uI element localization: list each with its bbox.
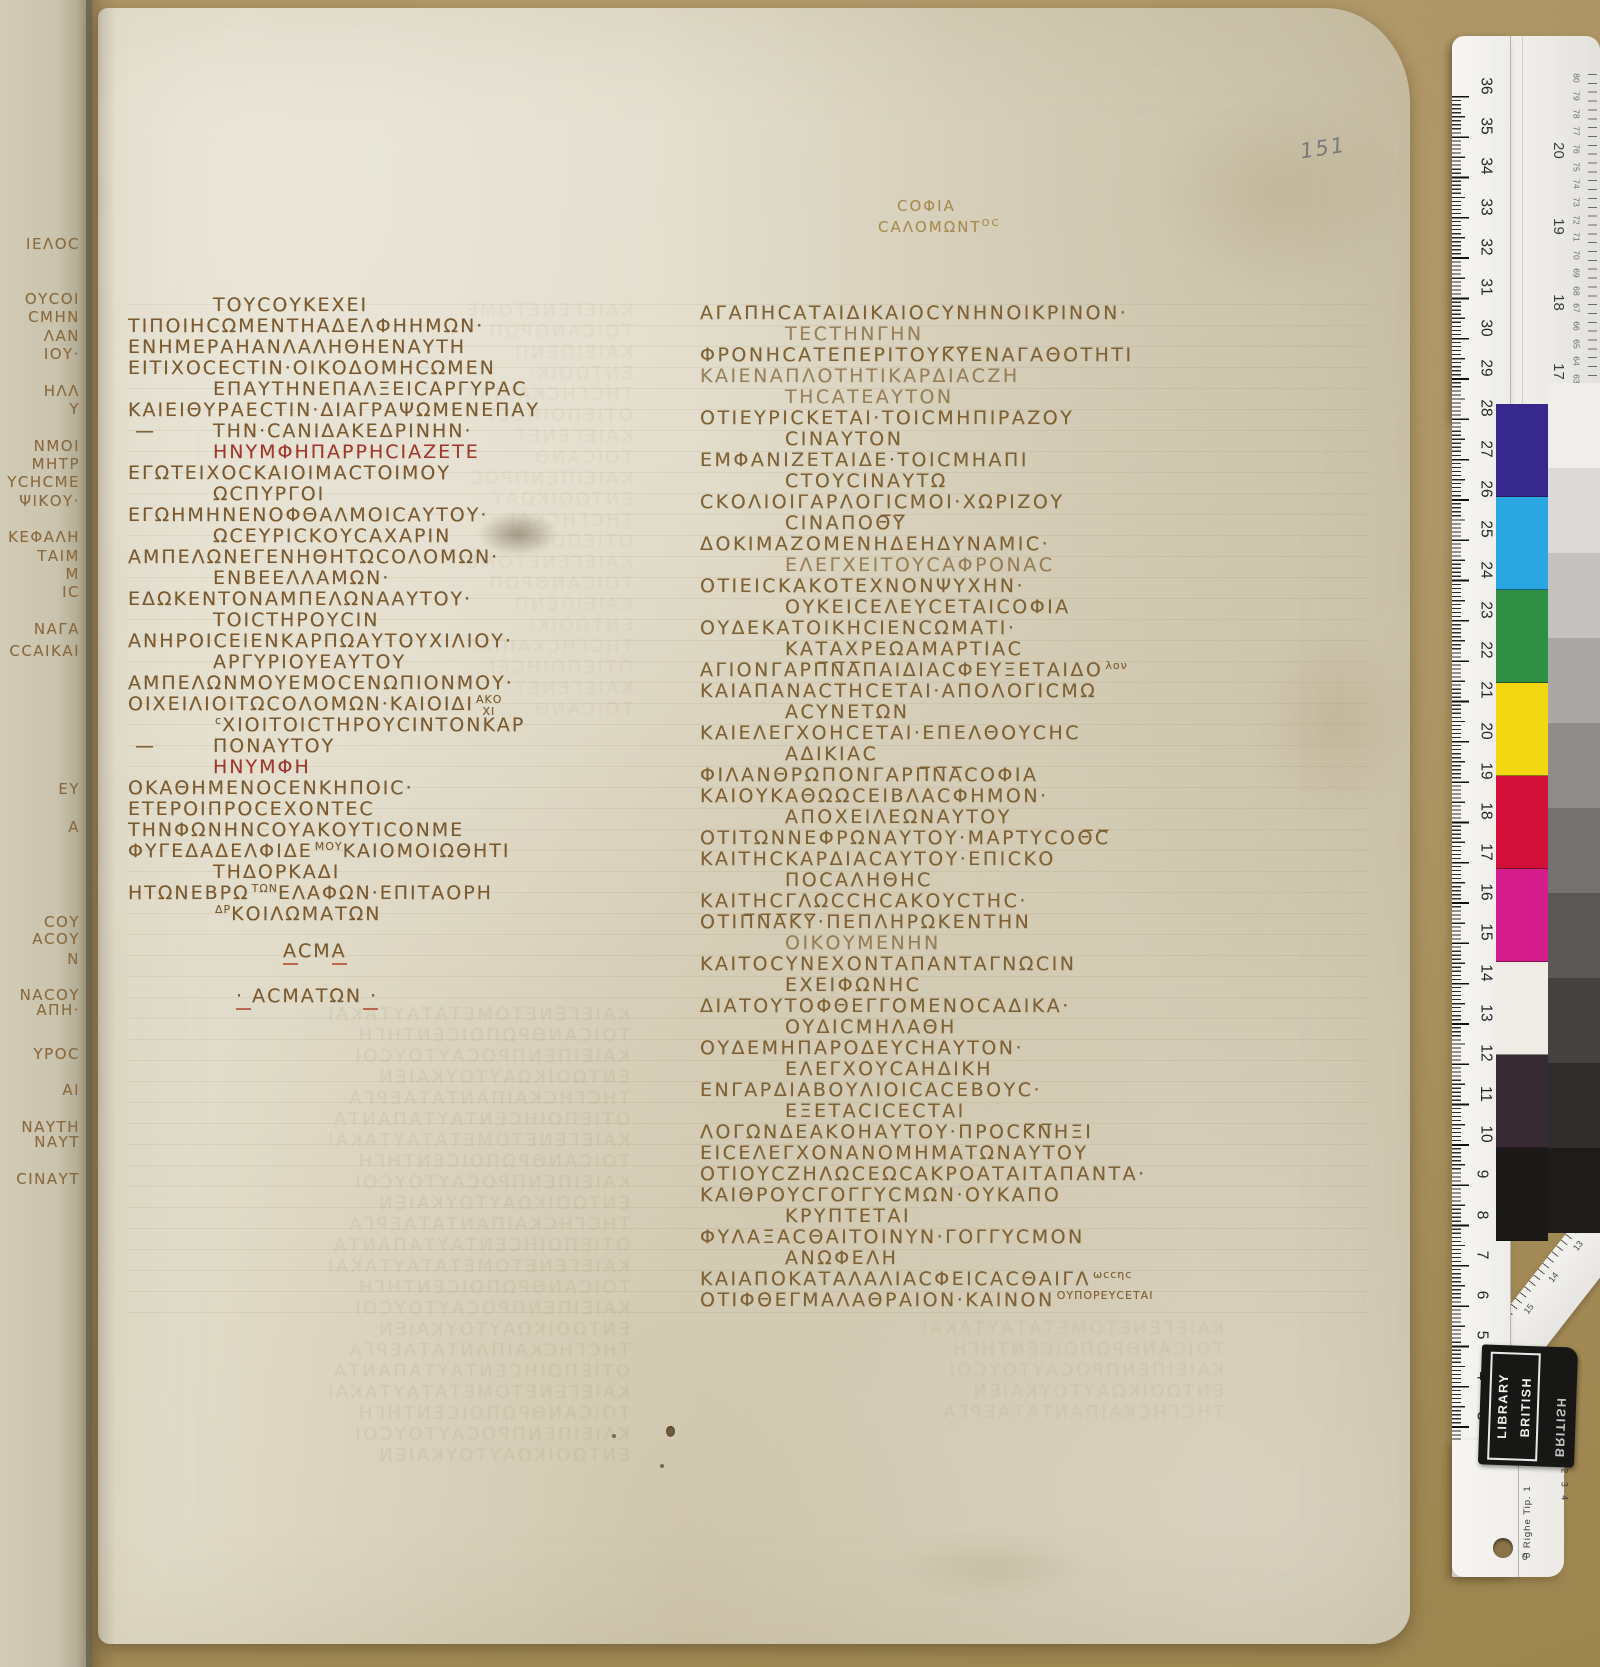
facing-page-fragment: ΚΕΦΑΛΗ — [8, 528, 80, 546]
line-text: ΤΗΝΦΩΝΗΝϹΟΥΑΚΟΥΤΙϹΟΝΜΕ — [128, 819, 464, 841]
text-line: ΟΤΙΤΩΝΝΕΦΡΩΝΑΥΤΟΥ·ΜΑΡΤΥϹΟΘ̅Ϲ̅ — [700, 828, 1153, 849]
text-line: ΚΑΙΤΟϹΥΝΕΧΟΝΤΑΠΑΝΤΑΓΝΩϹΙΝ — [700, 954, 1153, 975]
label-line-british: BRITISH — [1517, 1376, 1533, 1437]
facing-page-fragment: Υ — [69, 400, 80, 418]
line-text: ΩϹΠΥΡΓΟΙ — [213, 483, 325, 505]
text-line: ΤΟΙϹΤΗΡΟΥϹΙΝ — [213, 610, 540, 631]
line-text: ΟΤΙΟΥϹΖΗΛΩϹΕΩϹΑΚΡΟΑΤΑΙΤΑΠΑΝΤΑ· — [700, 1163, 1147, 1185]
line-text: ΑΓΙΟΝΓΑΡΠ̅Ν̅Α̅ΠΑΙΔΙΑϹΦΕΥΞΕΤΑΙΔΟ — [700, 659, 1103, 681]
ruler-hang-hole — [1493, 1538, 1513, 1558]
running-title: ϹΟΦΙΑ ϹΑΛΟΜΩΝΤΟϹ — [878, 196, 1000, 240]
text-line: ΚΑΙΤΗϹΚΑΡΔΙΑϹΑΥΤΟΥ·ΕΠΙϹΚΟ — [700, 849, 1153, 870]
fine-ruler-number: 80 — [1572, 73, 1582, 82]
text-line: ΕΝΓΑΡΔΙΑΒΟΥΛΙΟΙϹΑϹΕΒΟΥϹ· — [700, 1080, 1153, 1101]
line-text: ΤΗΔΟΡΚΑΔΙ — [213, 861, 340, 883]
text-line: ΤΙΠΟΙΗϹΩΜΕΝΤΗΑΔΕΛΦΗΗΜΩΝ· — [128, 316, 540, 337]
facing-page-fragment: ΑΠΗ· — [36, 1001, 80, 1019]
text-line: —ΤΗΝ·ϹΑΝΙΔΑΚΕΔΡΙΝΗΝ· — [213, 421, 540, 442]
line-text: ΕΙΤΙΧΟϹΕϹΤΙΝ·ΟΙΚΟΔΟΜΗϹΩΜΕΝ — [128, 357, 496, 379]
secondary-ruler-number: 20 — [1550, 142, 1567, 159]
ruler-cm-number: 8 — [1472, 1210, 1490, 1219]
text-line: ΚΑΙΤΗϹΓΛΩϹϹΗϹΑΚΟΥϹΤΗϹ· — [700, 891, 1153, 912]
gray-step-5 — [1548, 808, 1600, 893]
paragraphos-mark: — — [135, 421, 156, 442]
line-text: ΕΛΕΓΧΕΙΤΟΥϹΑΦΡΟΝΑϹ — [785, 554, 1055, 576]
text-line: ΠΟϹΑΛΗΘΗϹ — [785, 870, 1153, 891]
text-line: ΚΑΙΕΛΕΓΧΟΗϹΕΤΑΙ·ΕΠΕΛΘΟΥϹΗϹ — [700, 723, 1153, 744]
line-text: ΑΜΠΕΛΩΝΜΟΥΕΜΟϹΕΝΩΠΙΟΝΜΟΥ· — [128, 672, 514, 694]
facing-page-fragment: ΟΥϹΟΙ — [25, 290, 80, 308]
line-text: ΕΛΑΦΩΝ·ΕΠΙΤΑΟΡΗ — [278, 882, 493, 904]
text-line: ΚΑΤΑΧΡΕΩΑΜΑΡΤΙΑϹ — [785, 639, 1153, 660]
fine-ruler-number: 74 — [1572, 180, 1582, 189]
ruler-cm-number: 7 — [1472, 1251, 1490, 1260]
parchment-speck — [660, 1464, 664, 1468]
line-text: ΕΞΕΤΑϹΙϹΕϹΤΑΙ — [785, 1100, 966, 1122]
text-line: ΛΟΓΩΝΔΕΑΚΟΗΑΥΤΟΥ·ΠΡΟϹΚ̅Ν̅ΗΞΙ — [700, 1122, 1153, 1143]
ruler-cm-number: 22 — [1477, 642, 1495, 659]
secondary-ruler-number: 19 — [1550, 218, 1567, 235]
facing-page-fragment: ΥϹΗϹΜΕ — [7, 473, 80, 491]
facing-page-fragment: ΑΙ — [62, 1081, 80, 1099]
text-line: ϹΙΝΑΠΟΘ̅Υ̅ — [785, 513, 1153, 534]
paragraphos-mark: — — [135, 736, 156, 757]
line-text: · ΑϹΜΑΤΩΝ · — [236, 985, 378, 1007]
line-text: ΚΑΙΤΗϹΓΛΩϹϹΗϹΑΚΟΥϹΤΗϹ· — [700, 890, 1028, 912]
ruler-cm-number: 17 — [1477, 843, 1495, 860]
line-text: ΚΑΙΕΛΕΓΧΟΗϹΕΤΑΙ·ΕΠΕΛΘΟΥϹΗϹ — [700, 722, 1081, 744]
text-line: ΑΡΓΥΡΙΟΥΕΑΥΤΟΥ — [213, 652, 540, 673]
ruler-cm-number: 34 — [1477, 158, 1495, 175]
line-text: ΚΑΙΟΥΚΑΘΩΩϹΕΙΒΛΑϹΦΗΜΟΝ· — [700, 785, 1049, 807]
parchment-speck — [612, 1434, 616, 1438]
superscript-correction: ϲ — [215, 714, 222, 727]
line-text: ΑΓΑΠΗϹΑΤΑΙΔΙΚΑΙΟϹΥΝΗΝΟΙΚΡΙΝΟΝ· — [700, 302, 1128, 324]
text-line: ΦΥΓΕΔΑΔΕΛΦΙΔΕΜΟΥΚΑΙΟΜΟΙΩΘΗΤΙ — [128, 841, 540, 862]
text-line: ϲΧΙΟΙΤΟΙϹΤΗΡΟΥϹΙΝΤΟΝΚΑΡ — [213, 715, 540, 736]
text-line: ΗΤΩΝΕΒΡΩΤΩΝΕΛΑΦΩΝ·ΕΠΙΤΑΟΡΗ — [128, 883, 540, 904]
text-line: ΔΡΚΟΙΛΩΜΑΤΩΝ — [213, 904, 540, 925]
text-line: ΑΝΗΡΟΙϹΕΙΕΝΚΑΡΠΩΑΥΤΟΥΧΙΛΙΟΥ· — [128, 631, 540, 652]
ruler-cm-number: 14 — [1477, 964, 1495, 981]
fine-ruler-number: 67 — [1572, 303, 1582, 312]
ruler-cm-number: 6 — [1472, 1291, 1490, 1300]
gray-step-3 — [1548, 638, 1600, 723]
ruler-cm-number: 12 — [1477, 1045, 1495, 1062]
facing-page-fragment: Α — [68, 818, 80, 836]
superscript-correction: λον — [1105, 659, 1127, 672]
line-text: ΦΙΛΑΝΘΡΩΠΟΝΓΑΡΠ̅Ν̅Α̅ϹΟΦΙΑ — [700, 764, 1038, 786]
text-line: ΔΙΑΤΟΥΤΟΦΘΕΓΓΟΜΕΝΟϹΑΔΙΚΑ· — [700, 996, 1153, 1017]
text-line: ΚΑΙΟΥΚΑΘΩΩϹΕΙΒΛΑϹΦΗΜΟΝ· — [700, 786, 1153, 807]
color-patch-white — [1496, 962, 1548, 1055]
superscript-correction: ΜΟΥ — [315, 840, 343, 853]
line-text: ΦΥΓΕΔΑΔΕΛΦΙΔΕ — [128, 840, 313, 862]
parchment-stain — [898, 1538, 1088, 1598]
line-text: ΛΟΓΩΝΔΕΑΚΟΗΑΥΤΟΥ·ΠΡΟϹΚ̅Ν̅ΗΞΙ — [700, 1121, 1093, 1143]
facing-page-edge: ΙΕΛΟϹΟΥϹΟΙϹΜΗΝΛΑΝΙΟΥ·ΗΛΛΥΝΜΟΙΜΗΤΡΥϹΗϹΜΕΨ… — [0, 0, 92, 1667]
text-line: ΚΑΙΘΡΟΥϹΓΟΓΓΥϹΜΩΝ·ΟΥΚΑΠΟ — [700, 1185, 1153, 1206]
facing-page-fragment: ΥΡΟϹ — [34, 1045, 81, 1063]
gray-step-8 — [1548, 1063, 1600, 1148]
color-patch-red — [1496, 776, 1548, 869]
line-text: ΕΝΓΑΡΔΙΑΒΟΥΛΙΟΙϹΑϹΕΒΟΥϹ· — [700, 1079, 1042, 1101]
color-patch-indigo — [1496, 404, 1548, 497]
text-line: ΑΜΠΕΛΩΝΕΓΕΝΗΘΗΤΩϹΟΛΟΜΩΝ· — [128, 547, 540, 568]
ruler-cm-number: 35 — [1477, 118, 1495, 135]
text-line: ΚΑΙΕΙΘΥΡΑΕϹΤΙΝ·ΔΙΑΓΡΑΨΩΜΕΝΕΠΑΥ — [128, 400, 540, 421]
line-text: ΔΙΑΤΟΥΤΟΦΘΕΓΓΟΜΕΝΟϹΑΔΙΚΑ· — [700, 995, 1071, 1017]
facing-page-fragment: ΙΕΛΟϹ — [26, 235, 80, 253]
line-text: ΟΚΑΘΗΜΕΝΟϹΕΝΚΗΠΟΙϹ· — [128, 777, 414, 799]
ruler-cm-number: 15 — [1477, 924, 1495, 941]
line-text: ΕΤΕΡΟΙΠΡΟϹΕΧΟΝΤΕϹ — [128, 798, 375, 820]
line-text: ΗΤΩΝΕΒΡΩ — [128, 882, 250, 904]
text-line: ΕΠΑΥΤΗΝΕΠΑΛΞΕΙϹΑΡΓΥΡΑϹ — [213, 379, 540, 400]
diagonal-ruler-number: 15 — [1522, 1302, 1536, 1316]
line-text: ΚΑΤΑΧΡΕΩΑΜΑΡΤΙΑϹ — [785, 638, 1023, 660]
color-patch-black — [1496, 1148, 1548, 1241]
diagonal-ruler-number: 13 — [1571, 1239, 1585, 1253]
fine-ruler-number: 66 — [1572, 321, 1582, 330]
line-text: ΚΑΙΤΗϹΚΑΡΔΙΑϹΑΥΤΟΥ·ΕΠΙϹΚΟ — [700, 848, 1056, 870]
facing-page-fragment: Ν — [67, 950, 80, 968]
text-line: ΟΥΔΙϹΜΗΛΑΘΗ — [785, 1017, 1153, 1038]
text-line: ΦΥΛΑΞΑϹΘΑΙΤΟΙΝΥΝ·ΓΟΓΓΥϹΜΟΝ — [700, 1227, 1153, 1248]
facing-page-fragment: ΑϹΟΥ — [32, 930, 80, 948]
text-line: ΟΤΙΕΙϹΚΑΚΟΤΕΧΝΟΝΨΥΧΗΝ· — [700, 576, 1153, 597]
text-line: ΤΗϹΑΤΕΑΥΤΟΝ — [785, 387, 1153, 408]
ruler-cm-number: 13 — [1477, 1004, 1495, 1021]
gray-step-1 — [1548, 468, 1600, 553]
fine-ruler-number: 76 — [1572, 144, 1582, 153]
fine-ruler-number: 77 — [1572, 126, 1582, 135]
superscript-correction: ΤΩΝ — [252, 882, 278, 895]
line-text: ΕΓΩΗΜΗΝΕΝΟΦΘΑΛΜΟΙϹΑΥΤΟΥ· — [128, 504, 488, 526]
line-text: ΟΤΙΕΥΡΙϹΚΕΤΑΙ·ΤΟΙϹΜΗΠΙΡΑΖΟΥ — [700, 407, 1074, 429]
superscript-correction: ωϲϲηϲ — [1093, 1268, 1132, 1281]
text-line: ΤΗΔΟΡΚΑΔΙ — [213, 862, 540, 883]
ruler-cm-number: 28 — [1477, 400, 1495, 417]
text-line: ΤΗΝΦΩΝΗΝϹΟΥΑΚΟΥΤΙϹΟΝΜΕ — [128, 820, 540, 841]
facing-page-fragment: ΝΑΥΤ — [34, 1133, 80, 1151]
text-line: ΑΔΙΚΙΑϹ — [785, 744, 1153, 765]
text-line: ΟΥΔΕΜΗΠΑΡΟΔΕΥϹΗΑΥΤΟΝ· — [700, 1038, 1153, 1059]
fine-ruler-number: 72 — [1572, 215, 1582, 224]
text-line: ΚΡΥΠΤΕΤΑΙ — [785, 1206, 1153, 1227]
line-text: ϹΙΝΑΠΟΘ̅Υ̅ — [785, 512, 907, 534]
line-text: ΦΡΟΝΗϹΑΤΕΠΕΡΙΤΟΥΚ̅Υ̅ΕΝΑΓΑΘΟΤΗΤΙ — [700, 344, 1134, 366]
gray-step-0 — [1548, 383, 1600, 468]
centimeter-ticks — [1452, 96, 1469, 1548]
text-line: ΕΛΕΓΧΕΙΤΟΥϹΑΦΡΟΝΑϹ — [785, 555, 1153, 576]
fine-ruler-number: 64 — [1572, 357, 1582, 366]
color-patch-dark-plum — [1496, 1055, 1548, 1148]
text-line: ΕΜΦΑΝΙΖΕΤΑΙΔΕ·ΤΟΙϹΜΗΑΠΙ — [700, 450, 1153, 471]
text-line: ΕΛΕΓΧΟΥϹΑΗΔΙΚΗ — [785, 1059, 1153, 1080]
text-line: ΑΝΩΦΕΛΗ — [785, 1248, 1153, 1269]
line-text: ΑΝΩΦΕΛΗ — [785, 1247, 898, 1269]
fine-ruler-number: 79 — [1572, 91, 1582, 100]
line-text: ΚΑΙΕΝΑΠΛΟΤΗΤΙΚΑΡΔΙΑϹΖΗ — [700, 365, 1020, 387]
fine-ruler-number: 69 — [1572, 268, 1582, 277]
facing-page-fragment: ΝΑΓΑ — [34, 620, 80, 638]
line-text: ΟΥΔΕΚΑΤΟΙΚΗϹΙΕΝϹΩΜΑΤΙ· — [700, 617, 1016, 639]
fine-ruler-number: 65 — [1572, 339, 1582, 348]
line-text: ΕΧΕΙΦΩΝΗϹ — [785, 974, 921, 996]
line-text: ΟΥΚΕΙϹΕΛΕΥϹΕΤΑΙϹΟΦΙΑ — [785, 596, 1071, 618]
gray-step-4 — [1548, 723, 1600, 808]
line-text: ΤΗΝ·ϹΑΝΙΔΑΚΕΔΡΙΝΗΝ· — [213, 420, 473, 442]
line-text: ΠΟϹΑΛΗΘΗϹ — [785, 869, 933, 891]
text-line: ΕΓΩΗΜΗΝΕΝΟΦΘΑΛΜΟΙϹΑΥΤΟΥ· — [128, 505, 540, 526]
ruler-cm-number: 10 — [1477, 1125, 1495, 1142]
label-mirrored-text: BRITISH — [1552, 1357, 1569, 1457]
ruler-cm-number: 23 — [1477, 601, 1495, 618]
line-text: ΩϹΕΥΡΙϹΚΟΥϹΑΧΑΡΙΝ — [213, 525, 451, 547]
line-text: ΤΕϹΤΗΝΓΗΝ — [785, 323, 924, 345]
text-line: ΟΥΔΕΚΑΤΟΙΚΗϹΙΕΝϹΩΜΑΤΙ· — [700, 618, 1153, 639]
british-library-label: LIBRARY BRITISH BRITISH — [1478, 1344, 1578, 1467]
ruler-cm-number: 31 — [1477, 279, 1495, 296]
text-line: ΟΤΙΟΥϹΖΗΛΩϹΕΩϹΑΚΡΟΑΤΑΙΤΑΠΑΝΤΑ· — [700, 1164, 1153, 1185]
line-text: ΟΤΙΤΩΝΝΕΦΡΩΝΑΥΤΟΥ·ΜΑΡΤΥϹΟΘ̅Ϲ̅ — [700, 827, 1111, 849]
fine-ruler-number: 73 — [1572, 197, 1582, 206]
text-line: —ΠΟΝΑΥΤΟΥ — [213, 736, 540, 757]
facing-page-fragment: ΤΑΙΜ — [37, 547, 80, 565]
line-text: ΚΡΥΠΤΕΤΑΙ — [785, 1205, 911, 1227]
line-text: ϹΚΟΛΙΟΙΓΑΡΛΟΓΙϹΜΟΙ·ΧΩΡΙΖΟΥ — [700, 491, 1064, 513]
facing-page-fragment: ΗΛΛ — [44, 382, 80, 400]
line-text: ΑΜΠΕΛΩΝΕΓΕΝΗΘΗΤΩϹΟΛΟΜΩΝ· — [128, 546, 499, 568]
text-line: ΦΙΛΑΝΘΡΩΠΟΝΓΑΡΠ̅Ν̅Α̅ϹΟΦΙΑ — [700, 765, 1153, 786]
text-line: ΕΔΩΚΕΝΤΟΝΑΜΠΕΛΩΝΑΑΥΤΟΥ· — [128, 589, 540, 610]
parchment-stain — [1258, 628, 1408, 818]
line-text: ΗΝΥΜΦΗΠΑΡΡΗϹΙΑΖΕΤΕ — [213, 441, 480, 463]
superscript-correction: ΔΡ — [215, 903, 231, 916]
facing-page-fragment: ΕΥ — [58, 780, 80, 798]
text-line: ΟΙΚΟΥΜΕΝΗΝ — [785, 933, 1153, 954]
line-text: ΕΓΩΤΕΙΧΟϹΚΑΙΟΙΜΑϹΤΟΙΜΟΥ — [128, 462, 451, 484]
line-text: ΟΙΚΟΥΜΕΝΗΝ — [785, 932, 941, 954]
facing-page-fragment: ϹΟΥ — [44, 913, 80, 931]
facing-page-fragment: ΛΑΝ — [44, 327, 80, 345]
line-text: ΧΙΟΙΤΟΙϹΤΗΡΟΥϹΙΝΤΟΝΚΑΡ — [222, 714, 525, 736]
fine-tick-scale — [1588, 74, 1597, 420]
ruler-cm-number: 16 — [1477, 883, 1495, 900]
ruler-cm-number: 26 — [1477, 480, 1495, 497]
gray-step-7 — [1548, 978, 1600, 1063]
facing-page-fragment: ΨΙΚΟΥ· — [19, 492, 80, 510]
color-patch-cyan — [1496, 497, 1548, 590]
text-line: ΕΤΕΡΟΙΠΡΟϹΕΧΟΝΤΕϹ — [128, 799, 540, 820]
line-text: ΤΗϹΑΤΕΑΥΤΟΝ — [785, 386, 954, 408]
line-text: ΑΡΓΥΡΙΟΥΕΑΥΤΟΥ — [213, 651, 406, 673]
label-border-box: LIBRARY BRITISH — [1487, 1352, 1541, 1462]
fine-ruler-number: 70 — [1572, 250, 1582, 259]
text-line: ΕΧΕΙΦΩΝΗϹ — [785, 975, 1153, 996]
facing-page-fragment: ΝΜΟΙ — [34, 437, 80, 455]
text-line: ΚΑΙΑΠΟΚΑΤΑΛΑΛΙΑϹΦΕΙϹΑϹΘΑΙΓΛωϲϲηϲ — [700, 1269, 1153, 1290]
text-line: ΕΝΗΜΕΡΑΗΑΝΛΑΛΗΘΗΕΝΑΥΤΗ — [128, 337, 540, 358]
line-text: ΑΝΗΡΟΙϹΕΙΕΝΚΑΡΠΩΑΥΤΟΥΧΙΛΙΟΥ· — [128, 630, 513, 652]
facing-page-fragment: Μ — [66, 565, 80, 583]
gray-step-2 — [1548, 553, 1600, 638]
ruler-cm-number: 33 — [1477, 198, 1495, 215]
color-calibration-bar — [1496, 404, 1548, 1241]
text-line: ΕΓΩΤΕΙΧΟϹΚΑΙΟΙΜΑϹΤΟΙΜΟΥ — [128, 463, 540, 484]
text-line: ΦΡΟΝΗϹΑΤΕΠΕΡΙΤΟΥΚ̅Υ̅ΕΝΑΓΑΘΟΤΗΤΙ — [700, 345, 1153, 366]
text-line: ΟΤΙΦΘΕΓΜΑΛΑΘΡΑΙΟΝ·ΚΑΙΝΟΝΟΥΠΟΡΕΥϹΕΤΑΙ — [700, 1290, 1153, 1311]
text-line: ΑΓΙΟΝΓΑΡΠ̅Ν̅Α̅ΠΑΙΔΙΑϹΦΕΥΞΕΤΑΙΔΟλον — [700, 660, 1153, 681]
line-text: ΤΟΥϹΟΥΚΕΧΕΙ — [213, 294, 368, 316]
ruler-bottom-zero: 0 — [1522, 1552, 1528, 1563]
right-text-column: ΑΓΑΠΗϹΑΤΑΙΔΙΚΑΙΟϹΥΝΗΝΟΙΚΡΙΝΟΝ·ΤΕϹΤΗΝΓΗΝΦ… — [700, 303, 1153, 1311]
text-line: ΑΓΑΠΗϹΑΤΑΙΔΙΚΑΙΟϹΥΝΗΝΟΙΚΡΙΝΟΝ· — [700, 303, 1153, 324]
facing-page-fragment: ϹΙΝΑΥΤ — [16, 1170, 80, 1188]
line-text: ΠΟΝΑΥΤΟΥ — [213, 735, 335, 757]
text-line: ΤΕϹΤΗΝΓΗΝ — [785, 324, 1153, 345]
running-title-abbrev: ΟϹ — [982, 218, 1001, 229]
line-text: ΕΝΗΜΕΡΑΗΑΝΛΑΛΗΘΗΕΝΑΥΤΗ — [128, 336, 466, 358]
fine-ruler-number: 75 — [1572, 162, 1582, 171]
secondary-ruler-number: 17 — [1550, 363, 1567, 380]
ruler-cm-number: 21 — [1477, 682, 1495, 699]
text-line: ΩϹΠΥΡΓΟΙ — [213, 484, 540, 505]
running-title-line2: ϹΑΛΟΜΩΝΤ — [878, 218, 982, 236]
ruler-cm-number: 11 — [1476, 1086, 1494, 1102]
color-patch-magenta — [1496, 869, 1548, 962]
line-text: ΕΔΩΚΕΝΤΟΝΑΜΠΕΛΩΝΑΑΥΤΟΥ· — [128, 588, 472, 610]
ruler-divider — [1522, 36, 1523, 420]
line-text: ΟΤΙΕΙϹΚΑΚΟΤΕΧΝΟΝΨΥΧΗΝ· — [700, 575, 1025, 597]
line-text: ΤΙΠΟΙΗϹΩΜΕΝΤΗΑΔΕΛΦΗΗΜΩΝ· — [128, 315, 484, 337]
facing-page-fragment: ϹΜΗΝ — [28, 308, 80, 326]
ruler-cm-number: 30 — [1477, 319, 1495, 336]
text-line: ΕΙΤΙΧΟϹΕϹΤΙΝ·ΟΙΚΟΔΟΜΗϹΩΜΕΝ — [128, 358, 540, 379]
line-text: ΕΙϹΕΛΕΓΧΟΝΑΝΟΜΗΜΑΤΩΝΑΥΤΟΥ — [700, 1142, 1089, 1164]
line-text: ΚΑΙΑΠΟΚΑΤΑΛΑΛΙΑϹΦΕΙϹΑϹΘΑΙΓΛ — [700, 1268, 1091, 1290]
line-text: ΚΑΙΤΟϹΥΝΕΧΟΝΤΑΠΑΝΤΑΓΝΩϹΙΝ — [700, 953, 1077, 975]
line-spacer — [128, 925, 540, 941]
text-line: ΟΙΧΕΙΛΙΟΙΤΩϹΟΛΟΜΩΝ·ΚΑΙΟΙΔΙΑΚΟΧΙ — [128, 694, 540, 715]
fine-ruler-number: 68 — [1572, 286, 1582, 295]
text-line: ΟΥΚΕΙϹΕΛΕΥϹΕΤΑΙϹΟΦΙΑ — [785, 597, 1153, 618]
text-line: ΑΜΠΕΛΩΝΜΟΥΕΜΟϹΕΝΩΠΙΟΝΜΟΥ· — [128, 673, 540, 694]
line-text: ΕΝΒΕΕΛΛΑΜΩΝ· — [213, 567, 390, 589]
line-text: ΗΝΥΜΦΗ — [213, 756, 311, 778]
text-line: ΩϹΕΥΡΙϹΚΟΥϹΑΧΑΡΙΝ — [213, 526, 540, 547]
line-text: ΚΑΙΘΡΟΥϹΓΟΓΓΥϹΜΩΝ·ΟΥΚΑΠΟ — [700, 1184, 1061, 1206]
superscript-correction: ΟΥΠΟΡΕΥϹΕΤΑΙ — [1057, 1289, 1154, 1302]
text-line: ΗΝΥΜΦΗ — [213, 757, 540, 778]
line-text: ΕΠΑΥΤΗΝΕΠΑΛΞΕΙϹΑΡΓΥΡΑϹ — [213, 378, 528, 400]
text-line: ΑϹΥΝΕΤΩΝ — [785, 702, 1153, 723]
diagonal-ruler-number: 14 — [1546, 1270, 1560, 1284]
text-line: ΕΞΕΤΑϹΙϹΕϹΤΑΙ — [785, 1101, 1153, 1122]
ruler-cm-number: 20 — [1477, 722, 1495, 739]
line-text: ΚΑΙΑΠΑΝΑϹΤΗϹΕΤΑΙ·ΑΠΟΛΟΓΙϹΜΩ — [700, 680, 1097, 702]
text-line: ΤΟΥϹΟΥΚΕΧΕΙ — [213, 295, 540, 316]
ruler-cm-number: 18 — [1477, 803, 1495, 820]
text-line: ΚΑΙΕΝΑΠΛΟΤΗΤΙΚΑΡΔΙΑϹΖΗ — [700, 366, 1153, 387]
line-text: ΟΥΔΕΜΗΠΑΡΟΔΕΥϹΗΑΥΤΟΝ· — [700, 1037, 1024, 1059]
ruler-cm-number: 29 — [1477, 359, 1495, 376]
line-text: ΕΛΕΓΧΟΥϹΑΗΔΙΚΗ — [785, 1058, 993, 1080]
text-line: ΚΑΙΑΠΑΝΑϹΤΗϹΕΤΑΙ·ΑΠΟΛΟΓΙϹΜΩ — [700, 681, 1153, 702]
ruler-cm-number: 36 — [1477, 77, 1495, 94]
fine-ruler-number: 71 — [1572, 233, 1582, 242]
line-text: ΔΟΚΙΜΑΖΟΜΕΝΗΔΕΗΔΥΝΑΜΙϹ· — [700, 533, 1050, 555]
ruler-cm-number: 32 — [1477, 238, 1495, 255]
line-text: ΑϹΜΑ — [283, 940, 347, 962]
running-title-line1: ϹΟΦΙΑ — [878, 196, 1000, 217]
line-text: ΑϹΥΝΕΤΩΝ — [785, 701, 909, 723]
line-text: ΟΙΧΕΙΛΙΟΙΤΩϹΟΛΟΜΩΝ·ΚΑΙΟΙΔΙ — [128, 693, 474, 715]
line-spacer — [128, 962, 540, 986]
line-text: ΟΤΙΦΘΕΓΜΑΛΑΘΡΑΙΟΝ·ΚΑΙΝΟΝ — [700, 1289, 1055, 1311]
facing-page-fragment: ΙΟΥ· — [44, 345, 80, 363]
text-line: ΑΠΟΧΕΙΛΕΩΝΑΥΤΟΥ — [785, 807, 1153, 828]
line-text: ϹΤΟΥϹΙΝΑΥΤΩ — [785, 470, 948, 492]
text-line: ϹΚΟΛΙΟΙΓΑΡΛΟΓΙϹΜΟΙ·ΧΩΡΙΖΟΥ — [700, 492, 1153, 513]
facing-page-fragment: ϹϹΑΙΚΑΙ — [9, 642, 80, 660]
line-text: ΤΟΙϹΤΗΡΟΥϹΙΝ — [213, 609, 379, 631]
left-text-column: ΤΟΥϹΟΥΚΕΧΕΙΤΙΠΟΙΗϹΩΜΕΝΤΗΑΔΕΛΦΗΗΜΩΝ·ΕΝΗΜΕ… — [128, 295, 540, 1007]
facing-page-fragment: ΙϹ — [62, 583, 80, 601]
text-line: · ΑϹΜΑΤΩΝ · — [236, 986, 540, 1007]
line-text: ΑΠΟΧΕΙΛΕΩΝΑΥΤΟΥ — [785, 806, 1012, 828]
ruler-cm-number: 9 — [1472, 1170, 1490, 1179]
gray-step-6 — [1548, 893, 1600, 978]
color-patch-yellow — [1496, 683, 1548, 776]
ruler-cm-number: 27 — [1477, 440, 1495, 457]
line-text: ΚΑΙΕΙΘΥΡΑΕϹΤΙΝ·ΔΙΑΓΡΑΨΩΜΕΝΕΠΑΥ — [128, 399, 540, 421]
gray-step-9 — [1548, 1148, 1600, 1233]
line-text: ΑΔΙΚΙΑϹ — [785, 743, 878, 765]
line-text: ΦΥΛΑΞΑϹΘΑΙΤΟΙΝΥΝ·ΓΟΓΓΥϹΜΟΝ — [700, 1226, 1085, 1248]
ruler-cm-number: 25 — [1477, 521, 1495, 538]
text-line: ΟΤΙΕΥΡΙϹΚΕΤΑΙ·ΤΟΙϹΜΗΠΙΡΑΖΟΥ — [700, 408, 1153, 429]
text-line: ΟΚΑΘΗΜΕΝΟϹΕΝΚΗΠΟΙϹ· — [128, 778, 540, 799]
line-text: ϹΙΝΑΥΤΟΝ — [785, 428, 903, 450]
parchment-hole — [666, 1426, 675, 1437]
line-text: ΟΤΙΠ̅Ν̅Α̅Κ̅Υ̅·ΠΕΠΛΗΡΩΚΕΝΤΗΝ — [700, 911, 1031, 933]
facing-page-fragment: ΜΗΤΡ — [32, 455, 80, 473]
text-line: ΟΤΙΠ̅Ν̅Α̅Κ̅Υ̅·ΠΕΠΛΗΡΩΚΕΝΤΗΝ — [700, 912, 1153, 933]
ruler-cm-number: 5 — [1472, 1331, 1490, 1340]
label-line-library: LIBRARY — [1494, 1373, 1510, 1439]
text-line: ΑϹΜΑ — [283, 941, 540, 962]
fine-ruler-number: 78 — [1572, 109, 1582, 118]
line-text: ΟΥΔΙϹΜΗΛΑΘΗ — [785, 1016, 957, 1038]
line-text: ΕΜΦΑΝΙΖΕΤΑΙΔΕ·ΤΟΙϹΜΗΑΠΙ — [700, 449, 1029, 471]
text-line: ϹΙΝΑΥΤΟΝ — [785, 429, 1153, 450]
line-text: ΚΟΙΛΩΜΑΤΩΝ — [231, 903, 381, 925]
grayscale-wedge — [1548, 383, 1600, 1233]
secondary-ruler-number: 18 — [1550, 294, 1567, 311]
parchment-stain — [1158, 98, 1398, 288]
line-text: ΚΑΙΟΜΟΙΩΘΗΤΙ — [343, 840, 511, 862]
ruler-cm-number: 19 — [1477, 762, 1495, 779]
text-line: ΗΝΥΜΦΗΠΑΡΡΗϹΙΑΖΕΤΕ — [213, 442, 540, 463]
color-patch-green — [1496, 590, 1548, 683]
text-line: ϹΤΟΥϹΙΝΑΥΤΩ — [785, 471, 1153, 492]
text-line: ΕΝΒΕΕΛΛΑΜΩΝ· — [213, 568, 540, 589]
text-line: ΕΙϹΕΛΕΓΧΟΝΑΝΟΜΗΜΑΤΩΝΑΥΤΟΥ — [700, 1143, 1153, 1164]
ruler-cm-number: 24 — [1477, 561, 1495, 578]
text-line: ΔΟΚΙΜΑΖΟΜΕΝΗΔΕΗΔΥΝΑΜΙϹ· — [700, 534, 1153, 555]
